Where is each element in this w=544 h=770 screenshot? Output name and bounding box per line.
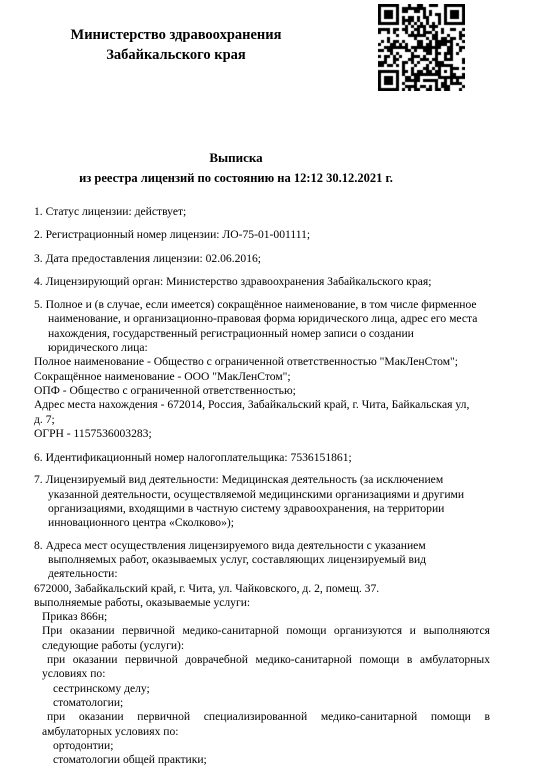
licensed-activity-clause: 7. Лицензируемый вид деятельности: Медиц…: [34, 473, 490, 530]
clause-line: 5. Полное и (в случае, если имеется) сок…: [34, 298, 490, 312]
clause-line: юридического лица:: [34, 341, 490, 355]
issuing-authority-name: Министерство здравоохранения Забайкальск…: [0, 25, 352, 65]
activity-addresses-clause: 8. Адреса мест осуществления лицензируем…: [34, 539, 490, 582]
authority-name-line-1: Министерство здравоохранения: [0, 25, 352, 45]
qr-code-icon: [378, 4, 465, 91]
clause-line: нахождения, государственный регистрацион…: [34, 327, 490, 341]
work-line: стоматологии общей практики;: [34, 753, 490, 767]
title-line-2: из реестра лицензий по состоянию на 12:1…: [0, 170, 472, 186]
org-legal-form-line: ОПФ - Общество с ограниченной ответствен…: [34, 384, 490, 398]
org-address-line-2: д. 7;: [34, 413, 490, 427]
work-line: условиях по:: [34, 667, 490, 681]
clause-line: организациями, входящими в частную систе…: [34, 502, 490, 516]
title-line-1: Выписка: [0, 146, 472, 170]
work-line: сестринскому делу;: [34, 682, 490, 696]
works-header-line: выполняемые работы, оказываемые услуги:: [34, 596, 490, 610]
org-full-name-line: Полное наименование - Общество с огранич…: [34, 355, 490, 369]
work-line: при оказании первичной специализированно…: [34, 710, 490, 724]
inn-line: 6. Идентификационный номер налогоплатель…: [34, 451, 490, 465]
org-ogrn-line: ОГРН - 1157536003283;: [34, 427, 490, 441]
work-line: Приказ 866н;: [34, 610, 490, 624]
work-line: При оказании первичной медико-санитарной…: [34, 624, 490, 638]
license-status-line: 1. Статус лицензии: действует;: [34, 205, 490, 219]
clause-line: деятельности:: [34, 567, 490, 581]
clause-line: 7. Лицензируемый вид деятельности: Медиц…: [34, 473, 490, 487]
license-number-line: 2. Регистрационный номер лицензии: ЛО-75…: [34, 228, 490, 242]
work-line: стоматологии;: [34, 696, 490, 710]
work-line: амбулаторных условиях по:: [34, 725, 490, 739]
authority-name-line-2: Забайкальского края: [0, 45, 352, 65]
license-grant-date-line: 3. Дата предоставления лицензии: 02.06.2…: [34, 252, 490, 266]
licensing-authority-line: 4. Лицензирующий орган: Министерство здр…: [34, 275, 490, 289]
document-body: 1. Статус лицензии: действует; 2. Регист…: [34, 205, 490, 767]
org-short-name-line: Сокращённое наименование - ООО "МакЛенСт…: [34, 370, 490, 384]
work-line: при оказании первичной доврачебной медик…: [34, 653, 490, 667]
works-list: Приказ 866н; При оказании первичной меди…: [34, 610, 490, 767]
document-title: Выписка из реестра лицензий по состоянию…: [0, 146, 472, 186]
clause-line: наименование, и организационно-правовая …: [34, 312, 490, 326]
work-line: ортодонтии;: [34, 739, 490, 753]
clause-line: 8. Адреса мест осуществления лицензируем…: [34, 539, 490, 553]
work-line: следующие работы (услуги):: [34, 639, 490, 653]
org-address-line: Адрес места нахождения - 672014, Россия,…: [34, 398, 490, 412]
activity-address-line: 672000, Забайкальский край, г. Чита, ул.…: [34, 582, 490, 596]
org-name-clause: 5. Полное и (в случае, если имеется) сок…: [34, 298, 490, 355]
clause-line: выполняемых работ, оказываемых услуг, со…: [34, 553, 490, 567]
organization-info: Полное наименование - Общество с огранич…: [34, 355, 490, 441]
clause-line: инновационного центра «Сколково»);: [34, 516, 490, 530]
clause-line: указанной деятельности, осуществляемой м…: [34, 488, 490, 502]
license-extract-page: Министерство здравоохранения Забайкальск…: [0, 0, 544, 770]
